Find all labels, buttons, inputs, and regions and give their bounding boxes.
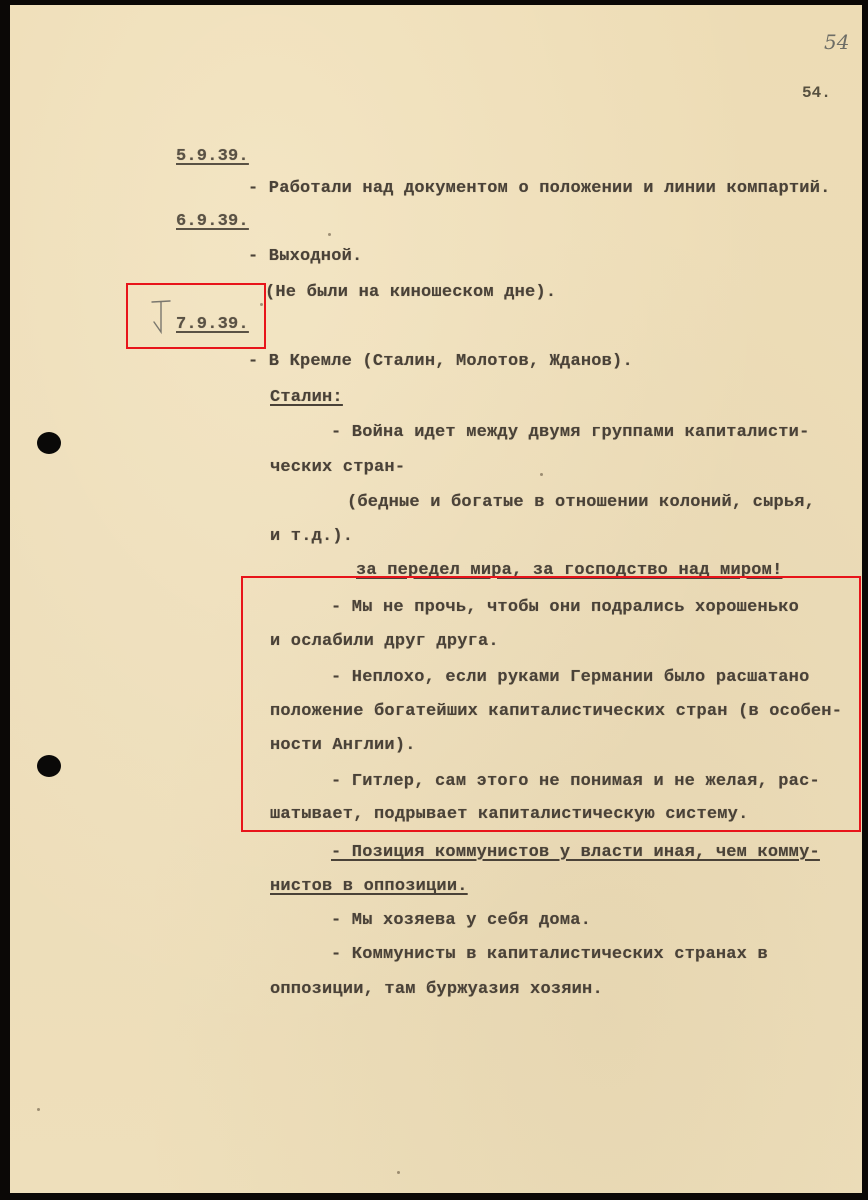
entry-line: и ослабили друг друга. (270, 632, 499, 651)
entry-line: - Коммунисты в капиталистических странах… (331, 945, 768, 964)
checkmark-icon (150, 298, 172, 338)
entry-line: - Мы не прочь, чтобы они подрались хорош… (331, 598, 799, 617)
paper-speck (328, 233, 331, 236)
entry-line: (бедные и богатые в отношении колоний, с… (347, 493, 815, 512)
entry-line: шатывает, подрывает капиталистическую си… (270, 805, 748, 824)
document-page: 54 54. 5.9.39. - Работали над документом… (10, 5, 862, 1193)
entry-line: положение богатейших капиталистических с… (270, 702, 842, 721)
typed-page-number: 54. (802, 84, 831, 102)
entry-date-7-9-39: 7.9.39. (176, 315, 249, 334)
entry-line-underlined: - Позиция коммунистов у власти иная, чем… (331, 843, 820, 862)
entry-date-5-9-39: 5.9.39. (176, 147, 249, 166)
entry-line: ческих стран- (270, 458, 405, 477)
entry-line: (Не были на киношеском дне). (265, 283, 556, 302)
entry-line: - Работали над документом о положении и … (248, 179, 831, 198)
paper-speck (37, 1108, 40, 1111)
entry-line: - Мы хозяева у себя дома. (331, 911, 591, 930)
speaker-label: Сталин: (270, 388, 343, 407)
entry-line: - В Кремле (Сталин, Молотов, Жданов). (248, 352, 633, 371)
entry-line: и т.д.). (270, 527, 353, 546)
entry-line: - Неплохо, если руками Германии было рас… (331, 668, 809, 687)
entry-line: - Выходной. (248, 247, 362, 266)
entry-date-6-9-39: 6.9.39. (176, 212, 249, 231)
entry-line: ности Англии). (270, 736, 416, 755)
entry-line: оппозиции, там буржуазия хозяин. (270, 980, 603, 999)
handwritten-page-number: 54 (824, 30, 849, 54)
entry-line-underlined: нистов в оппозиции. (270, 877, 468, 896)
punch-hole-bottom (37, 755, 61, 777)
paper-speck (540, 473, 543, 476)
entry-line: - Война идет между двумя группами капита… (331, 423, 809, 442)
paper-speck (260, 303, 263, 306)
entry-line-underlined: за передел мира, за господство над миром… (356, 561, 782, 580)
punch-hole-top (37, 432, 61, 454)
entry-line: - Гитлер, сам этого не понимая и не жела… (331, 772, 820, 791)
paper-speck (397, 1171, 400, 1174)
